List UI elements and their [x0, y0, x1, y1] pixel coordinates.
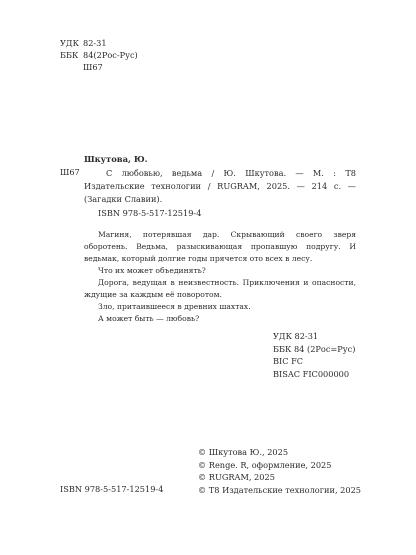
annotation-paragraph: Дорога, ведущая в неизвестность. Приключ…: [84, 277, 356, 301]
classification-codes-right: УДК 82-31 ББК 84 (2Рос=Рус) BIC FC BISAC…: [273, 330, 355, 380]
catalog-isbn: ISBN 978-5-517-12519-4: [98, 208, 201, 218]
bibliographic-description: С любовью, ведьма / Ю. Шкутова. — М. : Т…: [84, 167, 356, 206]
bottom-isbn: ISBN 978-5-517-12519-4: [60, 484, 163, 494]
code-line: ББК 84 (2Рос=Рус): [273, 343, 355, 356]
annotation-paragraph: Магиня, потерявшая дар. Скрывающий своег…: [84, 229, 356, 265]
catalog-author: Шкутова, Ю.: [84, 154, 148, 164]
annotation-paragraph: Что их может объединять?: [84, 265, 356, 277]
classification-codes-top: УДК 82-31 ББК 84(2Рос-Рус) Ш67: [60, 37, 138, 73]
bbk-label: ББК: [60, 49, 83, 61]
copyright-line: © Т8 Издательские технологии, 2025: [198, 484, 361, 497]
bibliographic-text: С любовью, ведьма / Ю. Шкутова. — М. : Т…: [84, 167, 356, 206]
annotation: Магиня, потерявшая дар. Скрывающий своег…: [84, 229, 356, 325]
copyright-block: © Шкутова Ю., 2025 © Renge. R, оформлени…: [198, 446, 361, 496]
udk-value: 82-31: [83, 37, 107, 49]
copyright-line: © Шкутова Ю., 2025: [198, 446, 361, 459]
code-line: BIC FC: [273, 355, 355, 368]
annotation-paragraph: Зло, притаившееся в древних шахтах.: [84, 301, 356, 313]
code-line: УДК 82-31: [273, 330, 355, 343]
udk-label: УДК: [60, 37, 83, 49]
udk-row: УДК 82-31: [60, 37, 138, 49]
annotation-paragraph: А может быть — любовь?: [84, 313, 356, 325]
catalog-code: Ш67: [60, 167, 80, 177]
copyright-line: © RUGRAM, 2025: [198, 471, 361, 484]
author-mark-value: Ш67: [83, 61, 103, 73]
bbk-row: ББК 84(2Рос-Рус): [60, 49, 138, 61]
author-mark-row: Ш67: [60, 61, 138, 73]
code-line: BISAC FIC000000: [273, 368, 355, 381]
bbk-value: 84(2Рос-Рус): [83, 49, 138, 61]
copyright-line: © Renge. R, оформление, 2025: [198, 459, 361, 472]
author-mark-label: [60, 61, 83, 73]
